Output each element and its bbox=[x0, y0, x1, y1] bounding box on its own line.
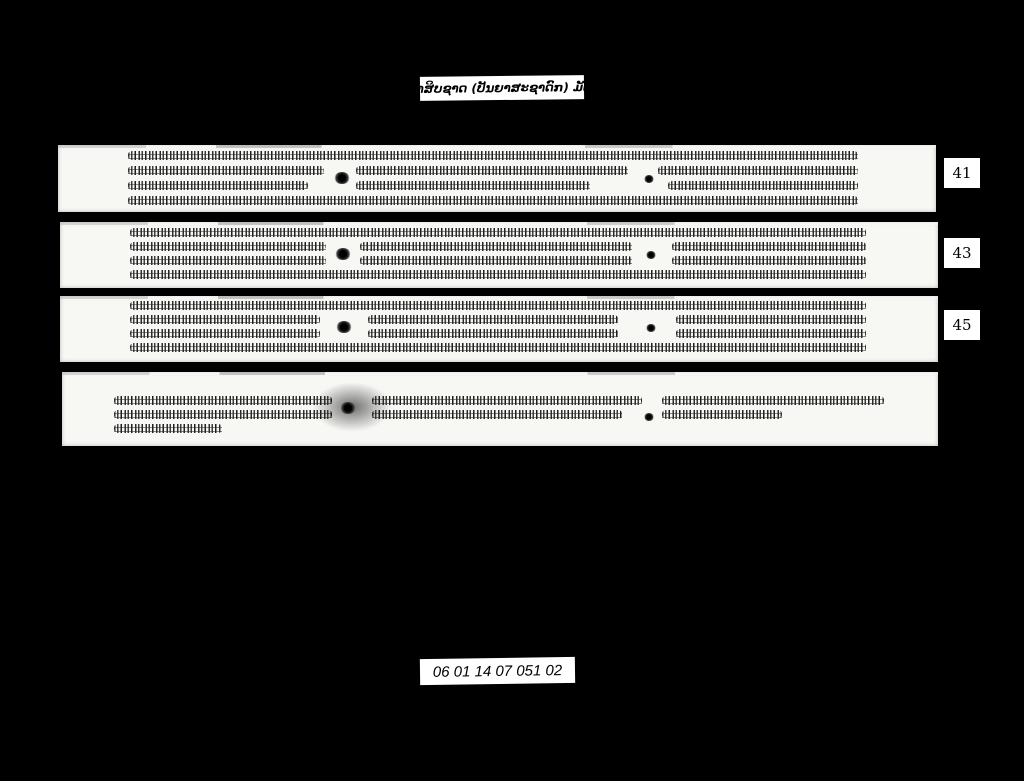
text-line bbox=[128, 151, 858, 160]
text-line bbox=[130, 315, 320, 324]
binding-hole bbox=[644, 175, 654, 183]
text-line bbox=[372, 410, 622, 419]
text-line bbox=[130, 343, 866, 352]
page-number-43: 43 bbox=[944, 238, 980, 268]
text-line bbox=[114, 410, 332, 419]
text-line bbox=[676, 329, 866, 338]
text-line bbox=[130, 242, 326, 251]
text-line bbox=[662, 410, 782, 419]
text-line bbox=[128, 166, 324, 175]
text-line bbox=[114, 396, 332, 405]
text-line bbox=[130, 256, 326, 265]
text-line bbox=[672, 256, 866, 265]
binding-hole bbox=[646, 251, 656, 259]
page-number-45: 45 bbox=[944, 310, 980, 340]
palm-leaf-3 bbox=[60, 296, 938, 362]
text-line bbox=[662, 396, 884, 405]
binding-hole bbox=[644, 413, 654, 421]
palm-leaf-1 bbox=[58, 145, 936, 212]
text-line bbox=[356, 166, 628, 175]
text-line bbox=[356, 181, 590, 190]
text-line bbox=[672, 242, 866, 251]
binding-hole bbox=[334, 172, 350, 184]
text-line bbox=[130, 270, 866, 279]
manuscript-title-label: ຫ້າສິບຊາດ (ປັນຍາສະຊາດົກ) ມັດ6 bbox=[420, 75, 584, 101]
text-line bbox=[130, 228, 866, 237]
text-line bbox=[360, 256, 632, 265]
archive-code-label: 06 01 14 07 051 02 bbox=[420, 657, 575, 685]
binding-hole bbox=[340, 402, 356, 414]
page-number-41: 41 bbox=[944, 158, 980, 188]
binding-hole bbox=[335, 248, 351, 260]
text-line bbox=[128, 181, 308, 190]
text-line bbox=[130, 301, 866, 310]
text-line bbox=[114, 424, 222, 433]
text-line bbox=[130, 329, 320, 338]
text-line bbox=[360, 242, 632, 251]
palm-leaf-2 bbox=[60, 222, 938, 288]
palm-leaf-4 bbox=[62, 372, 938, 446]
binding-hole bbox=[336, 321, 352, 333]
text-line bbox=[676, 315, 866, 324]
text-line bbox=[668, 181, 858, 190]
text-line bbox=[128, 196, 858, 205]
binding-hole bbox=[646, 324, 656, 332]
text-line bbox=[372, 396, 642, 405]
text-line bbox=[368, 315, 618, 324]
text-line bbox=[368, 329, 618, 338]
text-line bbox=[658, 166, 858, 175]
